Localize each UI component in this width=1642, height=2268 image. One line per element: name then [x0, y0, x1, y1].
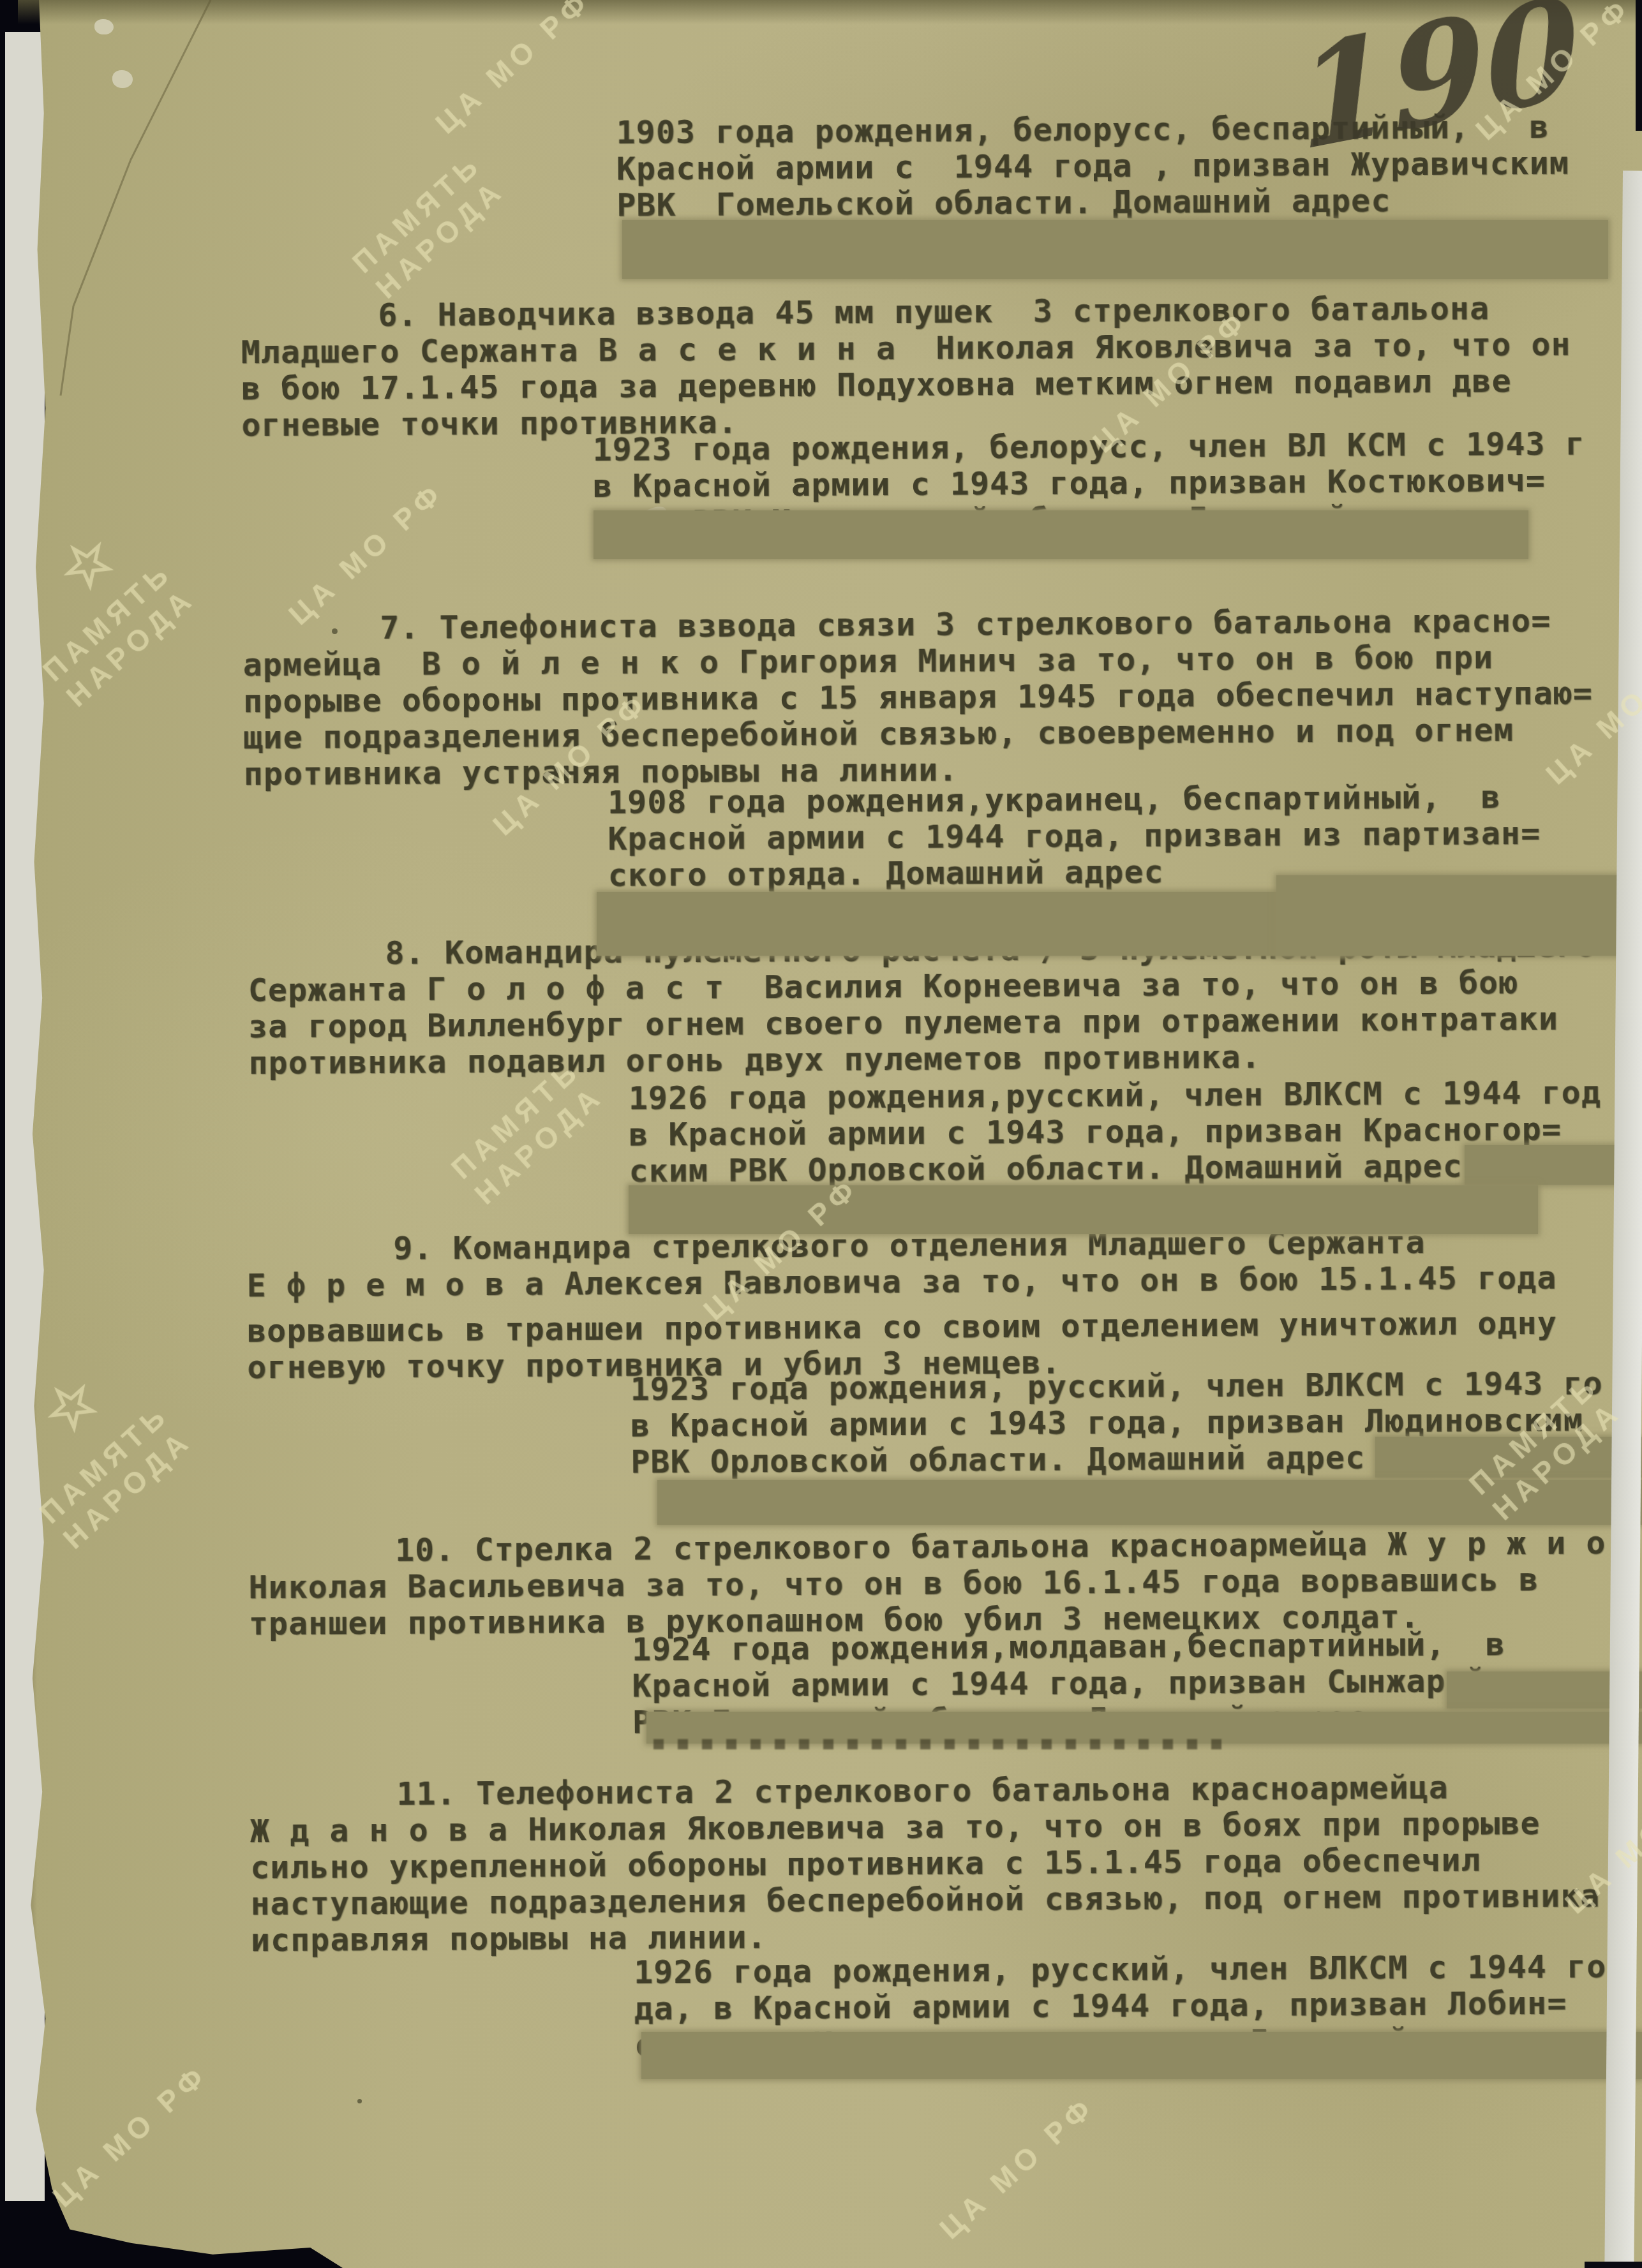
- typed-line: Е ф р е м о в а Алексея Павловича за то,…: [246, 1260, 1556, 1305]
- citation-paragraph-9: 9. Командира стрелкового отделения Младш…: [246, 1224, 1557, 1386]
- redaction-box: [622, 220, 1608, 279]
- scan-edge-sliver: [1585, 2262, 1642, 2268]
- typed-line: РВК Гомельской области. Домашний адрес: [616, 182, 1569, 224]
- typed-line: 1908 года рождения,украинец, беспартийны…: [608, 779, 1541, 821]
- redaction-box: [641, 2032, 1642, 2079]
- typed-line: в Красной армии с 1943 года, призван Кра…: [629, 1111, 1601, 1153]
- bio-block-8: 1926 года рождения,русский, член ВЛКСМ с…: [629, 1074, 1602, 1189]
- citation-paragraph-11: 11. Телефониста 2 стрелкового батальона …: [250, 1768, 1601, 1959]
- typed-line: да, в Красной армии с 1944 года, призван…: [634, 1985, 1606, 2027]
- typed-line: Красной армии с 1944 года, призван Сынжа…: [632, 1663, 1565, 1705]
- clipped-text-fragments: [653, 1739, 1232, 1749]
- redaction-box: [629, 1185, 1538, 1234]
- typed-line: 1924 года рождения,молдаван,беспартийный…: [632, 1626, 1565, 1668]
- scan-edge-sliver: [1636, 0, 1642, 131]
- redaction-box: [593, 510, 1528, 559]
- typed-line: 1926 года рождения, русский, член ВЛКСМ …: [634, 1948, 1606, 1990]
- crease-line: [0, 0, 383, 447]
- typed-line: ским РВК Орловской области. Домашний адр…: [629, 1147, 1601, 1189]
- citation-paragraph-7: 7. Телефониста взвода связи 3 стрелковог…: [243, 602, 1593, 792]
- redaction-box: [597, 892, 1356, 956]
- citation-paragraph-6: 6. Наводчика взвода 45 мм пушек 3 стрелк…: [241, 290, 1571, 444]
- citation-paragraph-10: 10. Стрелка 2 стрелкового батальона крас…: [248, 1525, 1606, 1642]
- typed-line: 1926 года рождения,русский, член ВЛКСМ с…: [629, 1074, 1601, 1116]
- redaction-box: [1276, 875, 1642, 956]
- archival-scan-page: { "page": { "handwritten_page_number": "…: [0, 0, 1642, 2268]
- typed-line: Красной армии с 1944 года, призван из па…: [608, 815, 1541, 857]
- typed-line: 1923 года рождения, русский, член ВЛКСМ …: [630, 1365, 1602, 1407]
